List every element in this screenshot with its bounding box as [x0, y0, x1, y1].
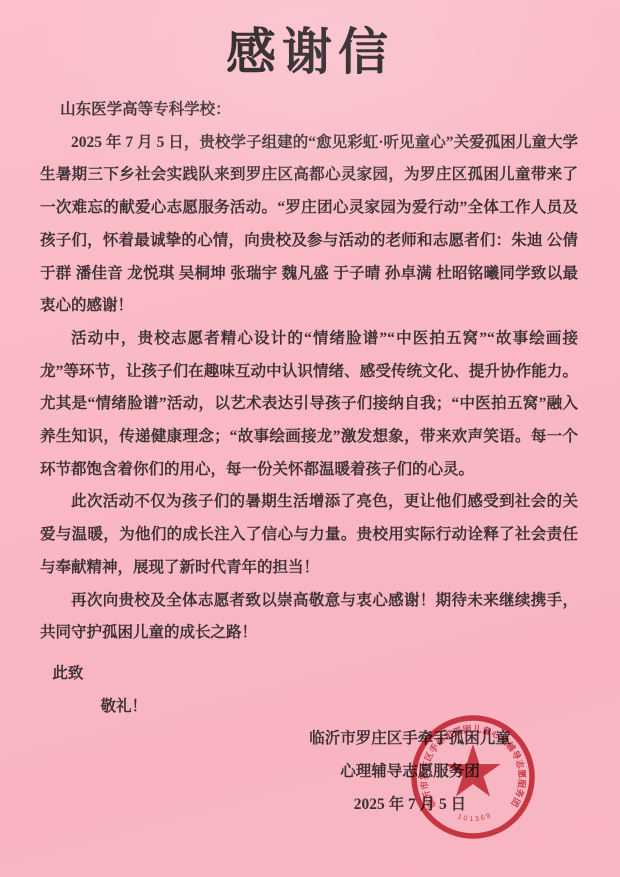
letter-paragraph-1: 2025 年 7 月 5 日，贵校学子组建的“愈见彩虹·听见童心”关爱孤困儿童大…: [40, 127, 578, 323]
letter-salutation: 山东医学高等专科学校：: [60, 94, 578, 127]
letter-title: 感谢信: [0, 24, 620, 80]
seal-graphic: 临沂市罗庄区手牵手孤困儿童心理辅导志愿服务团 101369: [395, 698, 553, 856]
letter-photo: 感谢信 山东医学高等专科学校： 2025 年 7 月 5 日，贵校学子组建的“愈…: [0, 0, 620, 877]
star-icon: [445, 744, 500, 796]
closing-cizhi: 此致: [52, 658, 578, 691]
official-seal: 临沂市罗庄区手牵手孤困儿童心理辅导志愿服务团 101369: [395, 698, 553, 856]
letter-paragraph-3: 此次活动不仅为孩子们的暑期生活增添了亮色，更让他们感受到社会的关爱与温暖，为他们…: [40, 486, 578, 584]
letter-paragraph-4: 再次向贵校及全体志愿者致以崇高敬意与衷心感谢！期待未来继续携手，共同守护孤困儿童…: [40, 585, 578, 650]
seal-serial-number: 101369: [457, 812, 494, 823]
letter-paragraph-2: 活动中，贵校志愿者精心设计的“情绪脸谱”“中医拍五窝”“故事绘画接龙”等环节，让…: [40, 323, 578, 487]
